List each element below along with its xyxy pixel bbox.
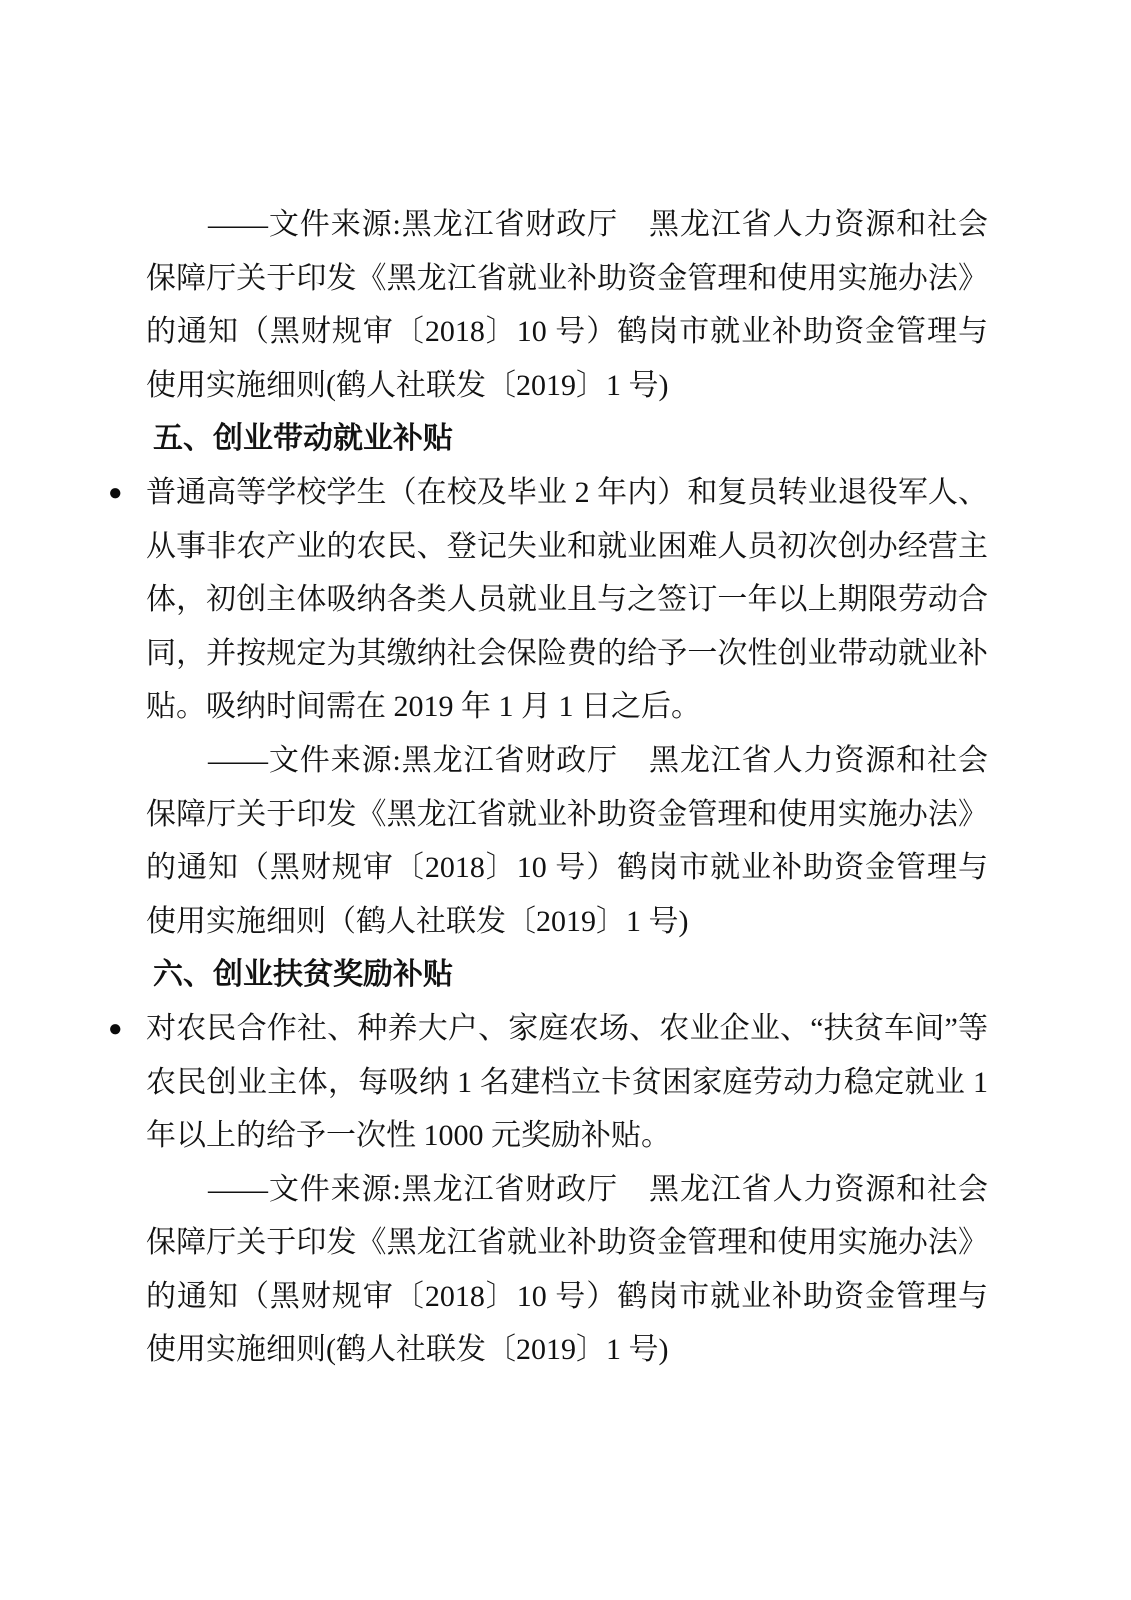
bullet-item-1: ● 普通高等学校学生（在校及毕业 2 年内）和复员转业退役军人、从事非农产业的农… — [146, 466, 988, 734]
bullet-item-2: ● 对农民合作社、种养大户、家庭农场、农业企业、“扶贫车间”等农民创业主体，每吸… — [146, 1002, 988, 1163]
source-paragraph-3: ——文件来源:黑龙江省财政厅 黑龙江省人力资源和社会保障厅关于印发《黑龙江省就业… — [146, 1163, 988, 1377]
source-paragraph-2: ——文件来源:黑龙江省财政厅 黑龙江省人力资源和社会保障厅关于印发《黑龙江省就业… — [146, 734, 988, 948]
section-heading-5: 五、创业带动就业补贴 — [146, 412, 988, 466]
document-page: ——文件来源:黑龙江省财政厅 黑龙江省人力资源和社会保障厅关于印发《黑龙江省就业… — [0, 0, 1131, 1600]
section-heading-6: 六、创业扶贫奖励补贴 — [146, 948, 988, 1002]
bullet-dot-icon: ● — [108, 1003, 123, 1057]
bullet-dot-icon: ● — [108, 467, 123, 521]
bullet-text-2: 对农民合作社、种养大户、家庭农场、农业企业、“扶贫车间”等农民创业主体，每吸纳 … — [146, 1012, 988, 1152]
bullet-text-1: 普通高等学校学生（在校及毕业 2 年内）和复员转业退役军人、从事非农产业的农民、… — [146, 476, 988, 723]
source-paragraph-1: ——文件来源:黑龙江省财政厅 黑龙江省人力资源和社会保障厅关于印发《黑龙江省就业… — [146, 198, 988, 412]
document-content: ——文件来源:黑龙江省财政厅 黑龙江省人力资源和社会保障厅关于印发《黑龙江省就业… — [146, 198, 988, 1377]
